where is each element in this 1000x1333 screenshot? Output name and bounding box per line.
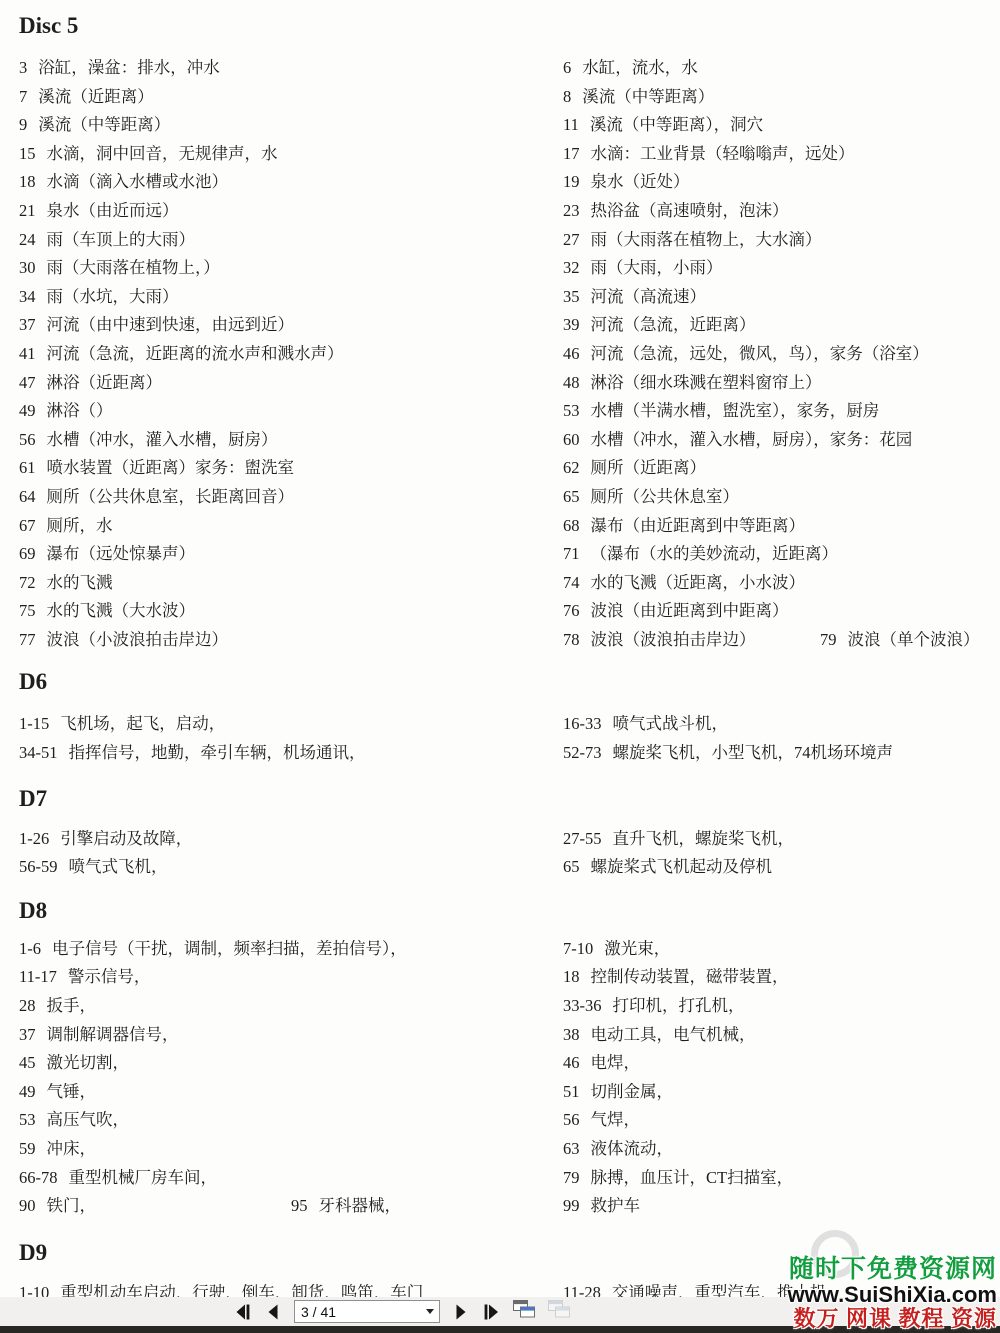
track-number: 62 [563, 458, 580, 477]
list-item: 69瀑布（远处惊暴声） [19, 540, 500, 569]
list-item: 3浴缸，澡盆：排水，冲水 [19, 54, 500, 83]
list-item: 53高压气吹， [19, 1106, 500, 1135]
track-description: 螺旋桨飞机，小型飞机，74机场环境声 [613, 743, 894, 762]
watermark: 随时下免费资源网 www.SuiShiXia.com 数万 网课 教程 资源 [788, 1257, 997, 1330]
track-number: 6 [563, 58, 571, 77]
section: Disc 53浴缸，澡盆：排水，冲水7溪流（近距离）9溪流（中等距离）15水滴，… [0, 10, 1000, 654]
column-left: 1-26引擎启动及故障，56-59喷气式飞机， [0, 825, 500, 882]
list-item: 56水槽（冲水，灌入水槽，厨房） [19, 426, 500, 455]
list-item: 75水的飞溅（大水波） [19, 597, 500, 626]
track-number: 76 [563, 601, 580, 620]
track-number: 66-78 [19, 1168, 58, 1187]
new-window-icon-disabled [547, 1299, 571, 1324]
list-item: 76波浪（由近距离到中距离） [563, 597, 1000, 626]
watermark-slogan: 数万 网课 教程 资源 [788, 1308, 997, 1330]
track-description: 直升飞机，螺旋桨飞机， [613, 829, 795, 848]
track-description: 淋浴（近距离） [47, 373, 163, 392]
list-item: 16-33喷气式战斗机， [563, 710, 1000, 739]
list-item: 62厕所（近距离） [563, 454, 1000, 483]
track-number: 61 [19, 458, 36, 477]
track-number: 65 [563, 857, 580, 876]
track-description: 水的飞溅（近距离，小水波） [591, 573, 806, 592]
list-item: 35河流（高流速） [563, 283, 1000, 312]
list-item: 79脉搏，血压计，CT扫描室， [563, 1164, 1000, 1193]
section-heading: Disc 5 [0, 10, 1000, 42]
track-description: 喷气式飞机， [69, 857, 168, 876]
track-number: 79 [820, 630, 837, 649]
track-number: 38 [563, 1025, 580, 1044]
list-item: 68瀑布（由近距离到中等距离） [563, 512, 1000, 541]
track-description: 瀑布（由近距离到中等距离） [591, 516, 806, 535]
track-description: 热浴盆（高速喷射，泡沫） [591, 201, 789, 220]
track-description: 扳手， [47, 996, 97, 1015]
track-number: 90 [19, 1196, 36, 1215]
track-description: 溪流（中等距离），洞穴 [590, 115, 763, 134]
disc-listing: Disc 53浴缸，澡盆：排水，冲水7溪流（近距离）9溪流（中等距离）15水滴，… [0, 10, 1000, 1307]
track-description: 厕所（公共休息室，长距离回音） [47, 487, 295, 506]
track-number: 47 [19, 373, 36, 392]
track-number: 74 [563, 573, 580, 592]
list-item-secondary: 79波浪（单个波浪） [820, 626, 980, 655]
list-item: 18水滴（滴入水槽或水池） [19, 168, 500, 197]
track-number: 18 [563, 967, 580, 986]
list-item: 41河流（急流，近距离的流水声和溅水声） [19, 340, 500, 369]
track-description: 引擎启动及故障， [60, 829, 192, 848]
track-number: 34 [19, 287, 36, 306]
track-description: 淋浴（细水珠溅在塑料窗帘上） [591, 373, 822, 392]
column-left: 1-6电子信号（干扰，调制，频率扫描，差拍信号），11-17警示信号，28扳手，… [0, 935, 500, 1221]
next-view-button [546, 1301, 572, 1323]
track-description: 波浪（由近距离到中距离） [591, 601, 789, 620]
track-description: 飞机场，起飞，启动， [60, 714, 225, 733]
list-item: 64厕所（公共休息室，长距离回音） [19, 483, 500, 512]
track-description: 溪流（中等距离） [582, 87, 714, 106]
track-description: 调制解调器信号， [47, 1025, 179, 1044]
list-item: 34雨（水坑，大雨） [19, 283, 500, 312]
new-window-icon [512, 1299, 536, 1324]
track-number: 35 [563, 287, 580, 306]
list-item: 37调制解调器信号， [19, 1021, 500, 1050]
list-item: 74水的飞溅（近距离，小水波） [563, 569, 1000, 598]
track-number: 32 [563, 258, 580, 277]
section: D61-15飞机场，起飞，启动，34-51指挥信号，地勤，牵引车辆，机场通讯，1… [0, 666, 1000, 767]
track-number: 16-33 [563, 714, 602, 733]
track-number: 75 [19, 601, 36, 620]
track-description: 浴缸，澡盆：排水，冲水 [38, 58, 220, 77]
list-item: 30雨（大雨落在植物上，） [19, 254, 500, 283]
list-item: 78波浪（波浪拍击岸边）79波浪（单个波浪） [563, 626, 1000, 655]
track-description: 水的飞溅 [47, 573, 113, 592]
track-number: 69 [19, 544, 36, 563]
track-description: 水的飞溅（大水波） [47, 601, 196, 620]
track-number: 27-55 [563, 829, 602, 848]
track-number: 39 [563, 315, 580, 334]
track-number: 18 [19, 172, 36, 191]
track-number: 34-51 [19, 743, 58, 762]
track-description: 泉水（由近而远） [47, 201, 179, 220]
column-right: 27-55直升飞机，螺旋桨飞机，65螺旋桨式飞机起动及停机 [500, 825, 1000, 882]
list-item: 65螺旋桨式飞机起动及停机 [563, 853, 1000, 882]
track-description: 喷气式战斗机， [613, 714, 729, 733]
track-description: 冲床， [47, 1139, 97, 1158]
last-page-button[interactable] [480, 1302, 502, 1322]
track-description: 切削金属， [591, 1082, 674, 1101]
track-description: 电动工具，电气机械， [591, 1025, 756, 1044]
track-number: 71 [563, 544, 580, 563]
track-description: 警示信号， [68, 967, 151, 986]
track-description: 厕所（公共休息室） [591, 487, 740, 506]
track-number: 8 [563, 87, 571, 106]
section: D71-26引擎启动及故障，56-59喷气式飞机，27-55直升飞机，螺旋桨飞机… [0, 783, 1000, 882]
track-number: 46 [563, 344, 580, 363]
track-description: 水槽（冲水，灌入水槽，厨房） [47, 430, 278, 449]
track-description: 波浪（波浪拍击岸边） [591, 630, 756, 649]
track-number: 3 [19, 58, 27, 77]
track-number: 46 [563, 1053, 580, 1072]
track-description: 波浪（单个波浪） [848, 630, 980, 649]
list-item: 59冲床， [19, 1135, 500, 1164]
track-description: 河流（由中速到快速，由远到近） [47, 315, 295, 334]
track-number: 99 [563, 1196, 580, 1215]
track-number: 51 [563, 1082, 580, 1101]
track-number: 95 [291, 1196, 308, 1215]
track-description: 液体流动， [591, 1139, 674, 1158]
track-number: 49 [19, 1082, 36, 1101]
list-item: 24雨（车顶上的大雨） [19, 226, 500, 255]
track-description: 厕所，水 [47, 516, 113, 535]
list-item: 52-73螺旋桨飞机，小型飞机，74机场环境声 [563, 739, 1000, 768]
track-number: 33-36 [563, 996, 602, 1015]
list-item: 39河流（急流，近距离） [563, 311, 1000, 340]
track-description: 河流（高流速） [591, 287, 707, 306]
track-description: 电焊， [591, 1053, 641, 1072]
track-description: 溪流（中等距离） [38, 115, 170, 134]
track-description: 厕所（近距离） [591, 458, 707, 477]
track-description: 脉搏，血压计，CT扫描室， [591, 1168, 794, 1187]
track-number: 27 [563, 230, 580, 249]
track-description: 泉水（近处） [591, 172, 690, 191]
list-item: 17水滴：工业背景（轻嗡嗡声，远处） [563, 140, 1000, 169]
track-number: 60 [563, 430, 580, 449]
list-item: 49淋浴（） [19, 397, 500, 426]
column-left: 3浴缸，澡盆：排水，冲水7溪流（近距离）9溪流（中等距离）15水滴，洞中回音，无… [0, 54, 500, 654]
track-description: 雨（大雨，小雨） [591, 258, 723, 277]
track-number: 53 [563, 401, 580, 420]
track-number: 56 [19, 430, 36, 449]
list-item: 72水的飞溅 [19, 569, 500, 598]
chevron-down-icon[interactable] [426, 1309, 434, 1314]
track-number: 37 [19, 1025, 36, 1044]
track-number: 1-26 [19, 829, 49, 848]
track-description: （瀑布（水的美妙流动，近距离） [591, 544, 839, 563]
list-item: 60水槽（冲水，灌入水槽，厨房），家务：花园 [563, 426, 1000, 455]
track-description: 控制传动装置，磁带装置， [591, 967, 789, 986]
track-description: 淋浴（） [47, 401, 113, 420]
track-description: 重型机械厂房车间， [69, 1168, 218, 1187]
list-item: 9溪流（中等距离） [19, 111, 500, 140]
track-description: 雨（水坑，大雨） [47, 287, 179, 306]
document-page: Disc 53浴缸，澡盆：排水，冲水7溪流（近距离）9溪流（中等距离）15水滴，… [0, 0, 1000, 1333]
track-number: 7 [19, 87, 27, 106]
track-number: 9 [19, 115, 27, 134]
section-heading: D8 [0, 895, 1000, 927]
track-number: 49 [19, 401, 36, 420]
list-item: 46河流（急流，远处，微风，鸟），家务（浴室） [563, 340, 1000, 369]
list-item: 6水缸，流水，水 [563, 54, 1000, 83]
track-number: 30 [19, 258, 36, 277]
previous-page-icon [264, 1302, 284, 1322]
track-description: 激光切割， [47, 1053, 130, 1072]
page-indicator: 3 / 41 [301, 1304, 336, 1320]
page-number-combobox[interactable]: 3 / 41 [294, 1300, 440, 1323]
list-item: 8溪流（中等距离） [563, 83, 1000, 112]
track-number: 37 [19, 315, 36, 334]
watermark-site-url: www.SuiShiXia.com [788, 1284, 997, 1306]
column-left: 1-15飞机场，起飞，启动，34-51指挥信号，地勤，牵引车辆，机场通讯， [0, 710, 500, 767]
list-item: 61喷水装置（近距离）家务：盥洗室 [19, 454, 500, 483]
track-description: 水滴（滴入水槽或水池） [47, 172, 229, 191]
track-number: 24 [19, 230, 36, 249]
track-number: 79 [563, 1168, 580, 1187]
track-description: 气焊， [591, 1110, 641, 1129]
list-item: 7-10激光束， [563, 935, 1000, 964]
list-item: 47淋浴（近距离） [19, 369, 500, 398]
list-item: 99救护车 [563, 1192, 1000, 1221]
track-description: 雨（大雨落在植物上，大水滴） [591, 230, 822, 249]
track-number: 17 [563, 144, 580, 163]
track-number: 78 [563, 630, 580, 649]
list-item: 11溪流（中等距离），洞穴 [563, 111, 1000, 140]
watermark-site-name: 随时下免费资源网 [788, 1257, 997, 1282]
track-number: 64 [19, 487, 36, 506]
track-number: 59 [19, 1139, 36, 1158]
section: D81-6电子信号（干扰，调制，频率扫描，差拍信号），11-17警示信号，28扳… [0, 895, 1000, 1221]
track-number: 11 [563, 115, 579, 134]
track-number: 56 [563, 1110, 580, 1129]
track-number: 67 [19, 516, 36, 535]
column-right: 16-33喷气式战斗机，52-73螺旋桨飞机，小型飞机，74机场环境声 [500, 710, 1000, 767]
track-number: 1-6 [19, 939, 41, 958]
list-item: 28扳手， [19, 992, 500, 1021]
track-number: 15 [19, 144, 36, 163]
list-item: 38电动工具，电气机械， [563, 1021, 1000, 1050]
track-description: 水滴，洞中回音，无规律声，水 [47, 144, 278, 163]
section-heading: D6 [0, 666, 1000, 698]
track-number: 68 [563, 516, 580, 535]
track-description: 瀑布（远处惊暴声） [47, 544, 196, 563]
list-item: 23热浴盆（高速喷射，泡沫） [563, 197, 1000, 226]
column-right: 6水缸，流水，水8溪流（中等距离）11溪流（中等距离），洞穴17水滴：工业背景（… [500, 54, 1000, 654]
list-item-secondary: 95牙科器械， [291, 1192, 401, 1221]
track-description: 水槽（半满水槽，盥洗室），家务，厨房 [591, 401, 880, 420]
previous-view-button[interactable] [511, 1301, 537, 1323]
track-number: 52-73 [563, 743, 602, 762]
list-item: 1-15飞机场，起飞，启动， [19, 710, 500, 739]
track-description: 水缸，流水，水 [582, 58, 698, 77]
list-item: 21泉水（由近而远） [19, 197, 500, 226]
list-item: 27雨（大雨落在植物上，大水滴） [563, 226, 1000, 255]
track-description: 牙科器械， [319, 1196, 402, 1215]
track-description: 雨（车顶上的大雨） [47, 230, 196, 249]
list-item: 56气焊， [563, 1106, 1000, 1135]
track-number: 63 [563, 1139, 580, 1158]
list-item: 18控制传动装置，磁带装置， [563, 963, 1000, 992]
list-item: 63液体流动， [563, 1135, 1000, 1164]
track-description: 指挥信号，地勤，牵引车辆，机场通讯， [69, 743, 366, 762]
track-description: 河流（急流，近距离） [591, 315, 756, 334]
track-number: 28 [19, 996, 36, 1015]
track-description: 波浪（小波浪拍击岸边） [47, 630, 229, 649]
list-item: 11-17警示信号， [19, 963, 500, 992]
next-page-icon [450, 1302, 470, 1322]
track-description: 雨（大雨落在植物上，） [47, 258, 220, 277]
track-number: 19 [563, 172, 580, 191]
section-heading: D7 [0, 783, 1000, 815]
list-item: 1-6电子信号（干扰，调制，频率扫描，差拍信号）， [19, 935, 500, 964]
list-item: 45激光切割， [19, 1049, 500, 1078]
track-description: 铁门， [47, 1196, 97, 1215]
first-page-button[interactable] [232, 1302, 254, 1322]
track-description: 高压气吹， [47, 1110, 130, 1129]
track-number: 21 [19, 201, 36, 220]
track-number: 48 [563, 373, 580, 392]
column-right: 7-10激光束，18控制传动装置，磁带装置，33-36打印机，打孔机，38电动工… [500, 935, 1000, 1221]
track-description: 水槽（冲水，灌入水槽，厨房），家务：花园 [591, 430, 913, 449]
track-number: 53 [19, 1110, 36, 1129]
list-item: 56-59喷气式飞机， [19, 853, 500, 882]
list-item: 65厕所（公共休息室） [563, 483, 1000, 512]
track-description: 水滴：工业背景（轻嗡嗡声，远处） [591, 144, 855, 163]
last-page-icon [481, 1302, 501, 1322]
list-item: 37河流（由中速到快速，由远到近） [19, 311, 500, 340]
track-description: 气锤， [47, 1082, 97, 1101]
track-description: 喷水装置（近距离）家务：盥洗室 [47, 458, 295, 477]
list-item: 7溪流（近距离） [19, 83, 500, 112]
track-description: 河流（急流，近距离的流水声和溅水声） [47, 344, 344, 363]
list-item: 67厕所，水 [19, 512, 500, 541]
list-item: 19泉水（近处） [563, 168, 1000, 197]
track-description: 溪流（近距离） [38, 87, 154, 106]
list-item: 90铁门，95牙科器械， [19, 1192, 500, 1221]
track-description: 螺旋桨式飞机起动及停机 [591, 857, 773, 876]
track-number: 56-59 [19, 857, 58, 876]
track-number: 45 [19, 1053, 36, 1072]
track-number: 11-17 [19, 967, 57, 986]
list-item: 48淋浴（细水珠溅在塑料窗帘上） [563, 369, 1000, 398]
list-item: 27-55直升飞机，螺旋桨飞机， [563, 825, 1000, 854]
list-item: 53水槽（半满水槽，盥洗室），家务，厨房 [563, 397, 1000, 426]
list-item: 46电焊， [563, 1049, 1000, 1078]
track-number: 72 [19, 573, 36, 592]
track-description: 河流（急流，远处，微风，鸟），家务（浴室） [591, 344, 929, 363]
list-item: 33-36打印机，打孔机， [563, 992, 1000, 1021]
previous-page-button[interactable] [263, 1302, 285, 1322]
track-number: 7-10 [563, 939, 593, 958]
track-number: 23 [563, 201, 580, 220]
list-item: 34-51指挥信号，地勤，牵引车辆，机场通讯， [19, 739, 500, 768]
track-description: 激光束， [604, 939, 670, 958]
list-item: 49气锤， [19, 1078, 500, 1107]
list-item: 51切削金属， [563, 1078, 1000, 1107]
track-number: 41 [19, 344, 36, 363]
next-page-button[interactable] [449, 1302, 471, 1322]
track-number: 77 [19, 630, 36, 649]
list-item: 1-26引擎启动及故障， [19, 825, 500, 854]
track-number: 1-15 [19, 714, 49, 733]
track-description: 电子信号（干扰，调制，频率扫描，差拍信号）， [52, 939, 407, 958]
track-description: 打印机，打孔机， [613, 996, 745, 1015]
list-item: 71（瀑布（水的美妙流动，近距离） [563, 540, 1000, 569]
list-item: 15水滴，洞中回音，无规律声，水 [19, 140, 500, 169]
track-description: 救护车 [591, 1196, 641, 1215]
list-item: 32雨（大雨，小雨） [563, 254, 1000, 283]
track-number: 65 [563, 487, 580, 506]
list-item: 77波浪（小波浪拍击岸边） [19, 626, 500, 655]
list-item: 66-78重型机械厂房车间， [19, 1164, 500, 1193]
first-page-icon [233, 1302, 253, 1322]
